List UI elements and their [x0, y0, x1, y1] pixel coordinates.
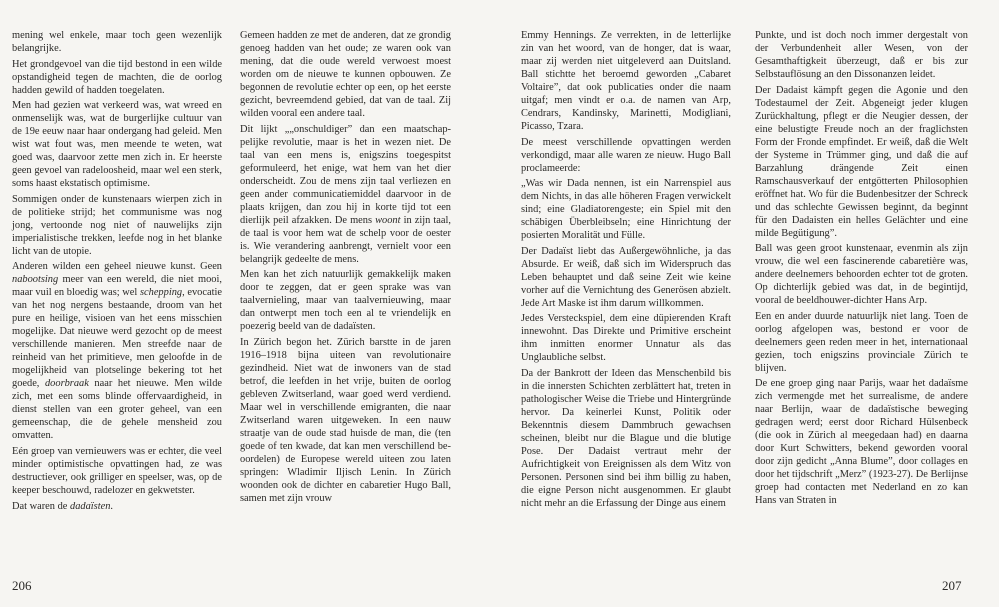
paragraph: Ball was geen groot kunstenaar, evenmin …: [755, 242, 968, 307]
paragraph: Dit lijkt „„onschuldiger” dan een maatsc…: [240, 123, 451, 266]
quote-paragraph: „Was wir Dada nennen, ist ein Narrenspie…: [521, 177, 731, 242]
text-run: .: [110, 501, 113, 512]
paragraph: In Zürich begon het. Zürich barstte in d…: [240, 336, 451, 505]
paragraph: mening wel enkele, maar toch geen wezen­…: [12, 29, 222, 55]
paragraph: De meest verschillende opvattingen werde…: [521, 136, 731, 175]
italic-term: woont: [375, 215, 400, 226]
left-page-column-1: mening wel enkele, maar toch geen wezen­…: [12, 29, 222, 515]
paragraph: Men kan het zich natuurlijk gemakkelijk …: [240, 268, 451, 333]
paragraph: Het grondgevoel van die tijd bestond in …: [12, 58, 222, 97]
page-number: 206: [12, 578, 32, 594]
italic-term: nabootsing: [12, 274, 58, 285]
right-page-column-2: Punkte, und ist doch noch immer dergesta…: [755, 29, 968, 510]
quote-paragraph: Der Dadaïst liebt das Außergewöhnliche, …: [521, 245, 731, 310]
paragraph: Een en ander duurde natuurlijk niet lang…: [755, 310, 968, 375]
paragraph: Anderen wilden een geheel nieuwe kunst. …: [12, 260, 222, 442]
right-page-column-1: Emmy Hennings. Ze verrekten, in de lette…: [521, 29, 731, 513]
paragraph: Men had gezien wat verkeerd was, wat wre…: [12, 99, 222, 190]
italic-term: dadaïsten: [70, 501, 110, 512]
quote-paragraph: Da der Bankrott der Ideen das Menschen­b…: [521, 367, 731, 510]
left-page: mening wel enkele, maar toch geen wezen­…: [0, 0, 495, 607]
italic-term: doorbraak: [45, 378, 89, 389]
italic-term: schepping: [140, 287, 182, 298]
book-spread: mening wel enkele, maar toch geen wezen­…: [0, 0, 999, 607]
text-run: Dat waren de: [12, 501, 70, 512]
text-run: , evocatie van het nog nergens bestaande…: [12, 287, 222, 389]
text-run: Dit lijkt „„onschuldiger” dan een maatsc…: [240, 124, 451, 226]
right-page: Emmy Hennings. Ze verrekten, in de lette…: [504, 0, 999, 607]
quote-paragraph: Der Dadaist kämpft gegen die Agonie und …: [755, 84, 968, 240]
page-number: 207: [942, 578, 962, 594]
text-run: Anderen wilden een geheel nieuwe kunst. …: [12, 261, 222, 272]
quote-paragraph: Jedes Versteckspiel, dem eine düpierende…: [521, 312, 731, 364]
paragraph: Eén groep van vernieuwers was er echter,…: [12, 445, 222, 497]
paragraph: Sommigen onder de kunstenaars wierpen zi…: [12, 193, 222, 258]
paragraph: Emmy Hennings. Ze verrekten, in de lette…: [521, 29, 731, 133]
paragraph: De ene groep ging naar Parijs, waar het …: [755, 377, 968, 507]
left-page-column-2: Gemeen hadden ze met de anderen, dat ze …: [240, 29, 451, 507]
quote-paragraph: Punkte, und ist doch noch immer dergesta…: [755, 29, 968, 81]
paragraph: Dat waren de dadaïsten.: [12, 500, 222, 513]
paragraph: Gemeen hadden ze met de anderen, dat ze …: [240, 29, 451, 120]
